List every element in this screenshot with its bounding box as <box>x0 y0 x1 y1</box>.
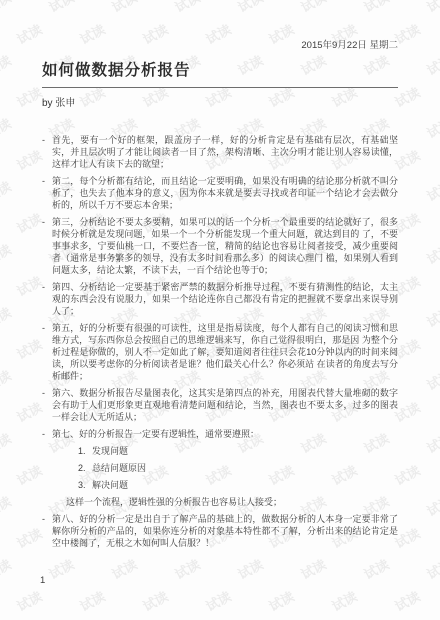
bullet-text: 第六、数据分析报告尽量图表化，这其实是第四点的补充，用图表代替大量堆砌的数字会有… <box>52 388 398 422</box>
bullet-item: 第三，分析结论不要太多要精，如果可以的话一个分析一个最重要的结论就好了，很多时候… <box>42 216 398 276</box>
numbered-item: 总结问题原因 <box>88 462 398 474</box>
bullet-item: 第五，好的分析要有很强的可读性，这里是指易读度，每个人都有自己的阅读习惯和思维方… <box>42 322 398 382</box>
bullet-text: 第四、分析结论一定要基于紧密严禁的数据分析推导过程，不要有猜测性的结论，太主观的… <box>52 282 398 316</box>
bullet-item: 首先，要有一个好的框架，跟盖房子一样，好的分析肯定是有基础有层次，有基础坚实，并… <box>42 134 398 170</box>
bullet-item: 第四、分析结论一定要基于紧密严禁的数据分析推导过程，不要有猜测性的结论，太主观的… <box>42 281 398 317</box>
author-byline: by 张申 <box>42 94 398 109</box>
numbered-item: 发现问题 <box>88 445 398 457</box>
bullet-text: 第五，好的分析要有很强的可读性，这里是指易读度，每个人都有自己的阅读习惯和思维方… <box>52 323 398 381</box>
bullet-text: 第八、好的分析一定是出自于了解产品的基础上的，做数据分析的人本身一定要非常了解你… <box>52 514 398 548</box>
bullet-text: 首先，要有一个好的框架，跟盖房子一样，好的分析肯定是有基础有层次，有基础坚实，并… <box>52 135 398 169</box>
bullet-item: 第八、好的分析一定是出自于了解产品的基础上的，做数据分析的人本身一定要非常了解你… <box>42 513 398 549</box>
document-page: 试读试读试读试读试读试读试读试读试读试读试读试读试读试读试读试读试读试读试读试读… <box>0 0 440 620</box>
bullet-item: 第二，每个分析都有结论，而且结论一定要明确，如果没有明确的结论那分析就不叫分析了… <box>42 175 398 211</box>
page-number: 1 <box>40 575 45 586</box>
bullet-item: 第六、数据分析报告尽量图表化，这其实是第四点的补充，用图表代替大量堆砌的数字会有… <box>42 387 398 423</box>
bullet-item: 第七、好的分析报告一定要有逻辑性，通常要遵照：发现问题总结问题原因解决问题这样一… <box>42 428 398 508</box>
bullet-text: 第七、好的分析报告一定要有逻辑性，通常要遵照： <box>52 429 259 439</box>
bullet-list: 首先，要有一个好的框架，跟盖房子一样，好的分析肯定是有基础有层次，有基础坚实，并… <box>42 134 398 549</box>
document-date: 2015年9月22日 星期二 <box>42 37 398 51</box>
numbered-list: 发现问题总结问题原因解决问题 <box>52 445 398 491</box>
bullet-text: 第二，每个分析都有结论，而且结论一定要明确，如果没有明确的结论那分析就不叫分析了… <box>52 176 398 210</box>
list-footer-text: 这样一个流程，逻辑性强的分析报告也容易让人接受； <box>66 496 398 508</box>
bullet-text: 第三，分析结论不要太多要精，如果可以的话一个分析一个最重要的结论就好了，很多时候… <box>52 217 398 275</box>
page-title: 如何做数据分析报告 <box>42 61 398 80</box>
title-divider <box>42 87 398 88</box>
page-content: 2015年9月22日 星期二 如何做数据分析报告 by 张申 首先，要有一个好的… <box>0 0 440 620</box>
numbered-item: 解决问题 <box>88 479 398 491</box>
